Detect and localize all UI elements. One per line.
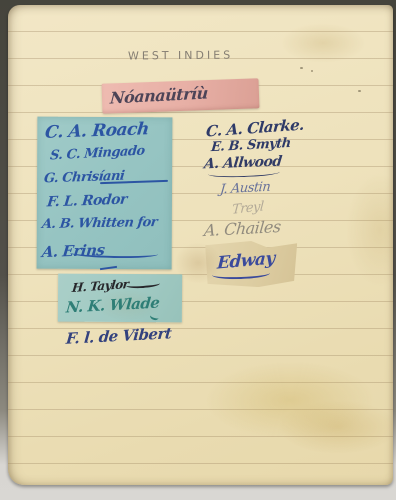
signature-rodor: F. L. Rodor	[46, 192, 127, 211]
signature-austin: J. Austin	[219, 180, 270, 198]
signature-chrisiani: G. Chrisíani	[43, 169, 125, 187]
scan-background: WEST INDIES Nóanaütríù C. A. Roach S. C.…	[0, 0, 396, 500]
signature-whitten: A. B. Whitten for	[41, 215, 158, 232]
page-title: WEST INDIES	[128, 49, 233, 63]
ink-speck	[300, 67, 303, 69]
signature-smyth: E. B. Smyth	[210, 136, 291, 155]
signature-faint-pencil: Treyl	[232, 199, 264, 217]
album-page: WEST INDIES Nóanaütríù C. A. Roach S. C.…	[8, 5, 393, 485]
signature-chailes: A. Chailes	[203, 217, 281, 240]
signature-devibert: F. l. de Vibert	[65, 324, 172, 348]
ink-speck	[358, 90, 361, 92]
signature-roach: C. A. Roach	[44, 119, 150, 143]
ink-speck	[311, 70, 313, 72]
